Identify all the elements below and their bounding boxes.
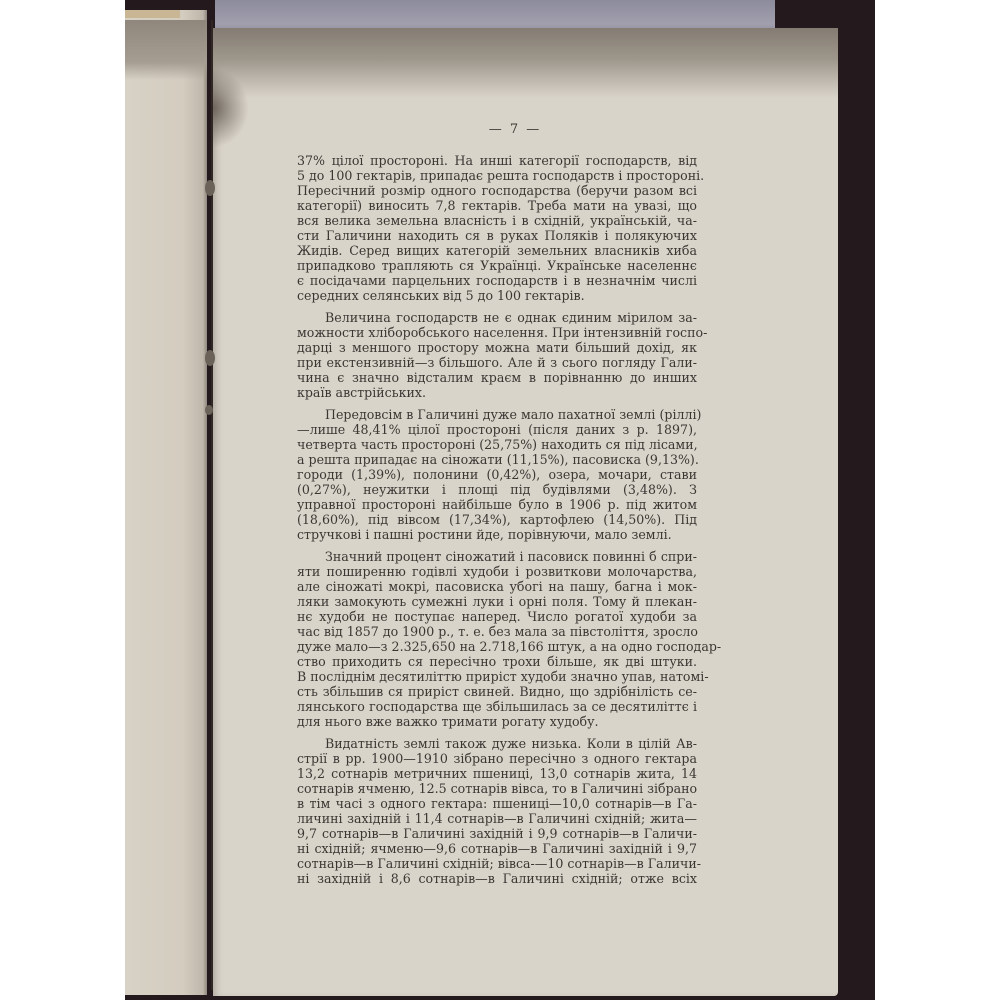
text-line: сти Галичини находить ся в руках Поляків… <box>297 228 697 243</box>
text-line: ляки замокують сумежні луки і орні поля.… <box>297 594 697 609</box>
stain-blot <box>205 405 213 415</box>
page-number: — 7 — <box>297 122 697 137</box>
text-line: В посліднім десятиліттю приріст худоби з… <box>297 669 697 684</box>
water-stain-gutter <box>213 68 249 148</box>
water-stain-top <box>213 28 838 98</box>
text-line: ні східній; ячменю—9,6 сотнарів—в Галичи… <box>297 841 697 856</box>
text-line: Видатність землі також дуже низька. Коли… <box>297 736 697 751</box>
left-page-edge <box>125 10 207 995</box>
paragraph: Видатність землі також дуже низька. Коли… <box>297 736 697 886</box>
paragraph: Значний процент сіножатий і пасовиск пов… <box>297 549 697 729</box>
text-line: чина є значно відсталим краєм в порівнан… <box>297 370 697 385</box>
text-line: припадково трапляють ся Українці. Україн… <box>297 258 697 273</box>
text-line: але сіножаті мокрі, пасовиска убогі на п… <box>297 579 697 594</box>
text-line: 5 до 100 гектарів, припадає решта господ… <box>297 168 697 183</box>
water-stain <box>125 20 207 80</box>
text-line: сотнарів—в Галичині східній; вівса-—10 с… <box>297 856 697 871</box>
text-line: Величина господарств не є однак єдиним м… <box>297 310 697 325</box>
text-line: а решта припадає на сіножати (11,15%), п… <box>297 452 697 467</box>
text-line: країв австрійських. <box>297 385 697 400</box>
text-line: яти поширенню годівлі худоби і розвитков… <box>297 564 697 579</box>
text-line: 9,7 сотнарів—в Галичині західній і 9,9 с… <box>297 826 697 841</box>
paragraph: Передовсім в Галичині дуже мало пахатної… <box>297 407 697 542</box>
paragraphs: 37% цілої простороні. На инші категорії … <box>297 153 697 886</box>
text-line: —лише 48,41% цілої простороні (після дан… <box>297 422 697 437</box>
text-line: городи (1,39%), полонини (0,42%), озера,… <box>297 467 697 482</box>
text-line: сотнарів ячменю, 12.5 сотнарів вівса, то… <box>297 781 697 796</box>
text-line: є посідачами парцельних господарств і в … <box>297 273 697 288</box>
text-line: стрії в рр. 1900—1910 зібрано пересічно … <box>297 751 697 766</box>
text-line: для нього вже важко тримати рогату худоб… <box>297 714 697 729</box>
text-line: (0,27%), неужитки і площі під будівлями … <box>297 482 697 497</box>
text-line: можности хліборобського населення. При і… <box>297 325 697 340</box>
text-line: 13,2 сотнарів метричних пшениці, 13,0 со… <box>297 766 697 781</box>
text-line: Значний процент сіножатий і пасовиск пов… <box>297 549 697 564</box>
text-line: ство приходить ся пересічно трохи більше… <box>297 654 697 669</box>
text-line: дуже мало—з 2.325,650 на 2.718,166 штук,… <box>297 639 697 654</box>
text-line: (18,60%), під вівсом (17,34%), картофлею… <box>297 512 697 527</box>
text-line: категорії) виносить 7,8 гектарів. Треба … <box>297 198 697 213</box>
text-line: сть збільшив ся приріст свиней. Видно, щ… <box>297 684 697 699</box>
text-line: управної простороні найбільше було в 190… <box>297 497 697 512</box>
text-line: 37% цілої простороні. На инші категорії … <box>297 153 697 168</box>
page-tab <box>125 10 180 18</box>
text-line: вся велика земельна власність і в східні… <box>297 213 697 228</box>
text-line: Передовсім в Галичині дуже мало пахатної… <box>297 407 697 422</box>
text-line: в тім часі з одного гектара: пшениці—10,… <box>297 796 697 811</box>
text-line: ні західній і 8,6 сотнарів—в Галичині сх… <box>297 871 697 886</box>
paragraph: Величина господарств не є однак єдиним м… <box>297 310 697 400</box>
text-line: дарці з меншого простору можна мати біль… <box>297 340 697 355</box>
text-line: стручкові і пашні ростини йде, порівнуюч… <box>297 527 697 542</box>
page-text: — 7 — 37% цілої простороні. На инші кате… <box>297 122 697 893</box>
text-line: Жидів. Серед вищих категорій земельних в… <box>297 243 697 258</box>
text-line: середних селянських від 5 до 100 гектарі… <box>297 288 697 303</box>
text-line: час від 1857 до 1900 р., т. е. без мала … <box>297 624 697 639</box>
stain-blot <box>205 180 215 196</box>
text-line: при екстензивній—з більшого. Але й з сьо… <box>297 355 697 370</box>
text-line: личині західній і 11,4 сотнарів—в Галичи… <box>297 811 697 826</box>
text-line: нє худоби не поступає наперед. Число рог… <box>297 609 697 624</box>
stain-blot <box>205 350 215 366</box>
text-line: четверта часть простороні (25,75%) наход… <box>297 437 697 452</box>
paragraph: 37% цілої простороні. На инші категорії … <box>297 153 697 303</box>
text-line: Пересічний розмір одного господарства (б… <box>297 183 697 198</box>
text-line: лянського господарства ще збільшилась за… <box>297 699 697 714</box>
book-gutter <box>211 20 213 990</box>
